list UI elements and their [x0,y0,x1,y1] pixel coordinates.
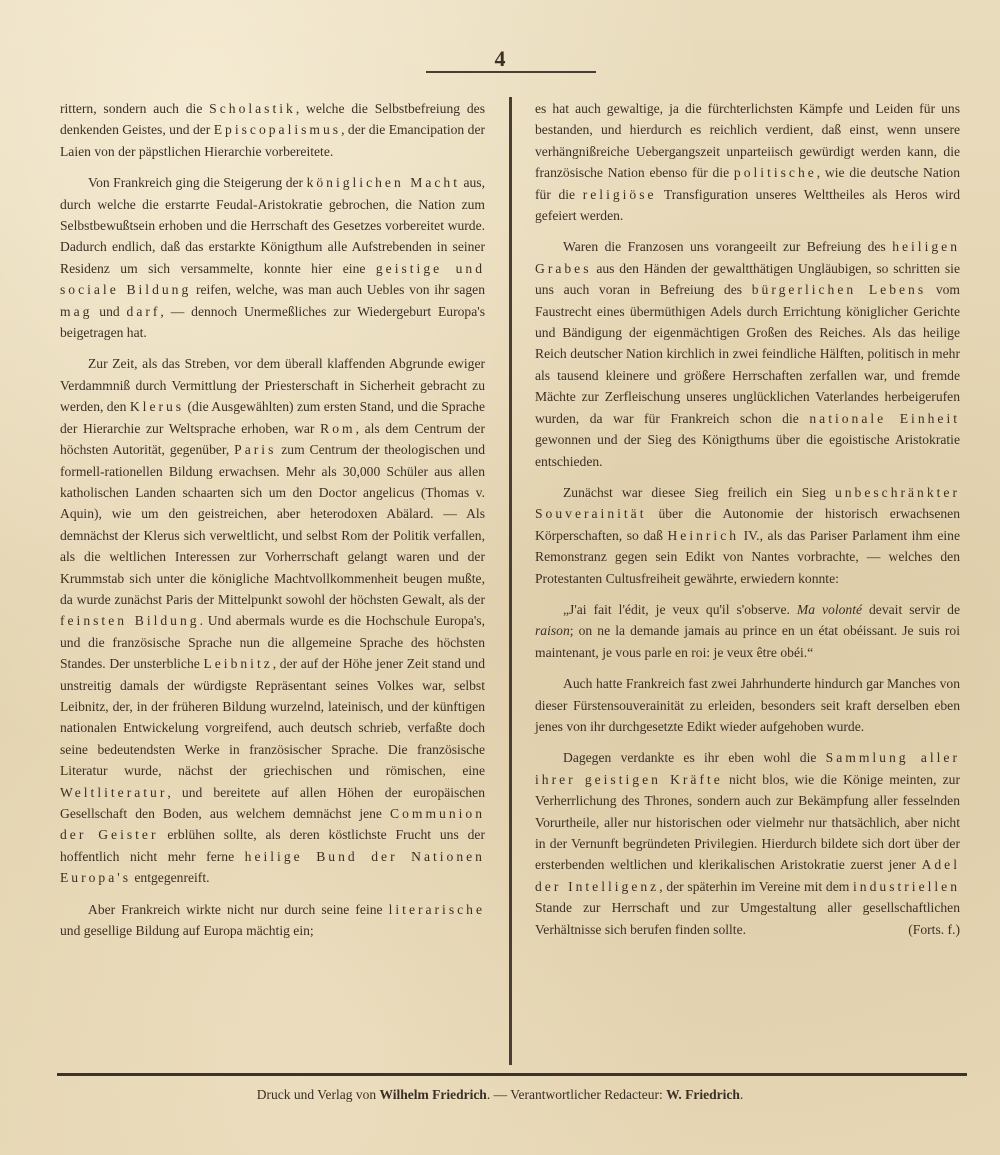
text: gewonnen und der Sieg des Königthums übe… [535,432,960,468]
spaced-emphasis: literarische [389,902,485,917]
continuation-note: (Forts. f.) [880,919,960,940]
publisher-name: Wilhelm Friedrich [379,1087,486,1102]
text: . [740,1087,743,1102]
spaced-emphasis: Rom [320,421,355,436]
left-paragraph-3: Zur Zeit, als das Streben, vor dem übera… [60,353,485,888]
text: entgegenreift. [131,870,210,885]
text: reifen, welche, was man auch Uebles von … [191,282,485,297]
left-paragraph-1: rittern, sondern auch die Scholastik, we… [60,98,485,162]
text: Von Frankreich ging die Steigerung der [88,175,307,190]
right-paragraph-1: es hat auch gewaltige, ja die fürchterli… [535,98,960,226]
spaced-emphasis: Heinrich [667,528,739,543]
spaced-emphasis: Scholastik [209,101,296,116]
text: und [92,304,126,319]
text: vom Faustrecht eines übermüthigen Adels … [535,282,960,425]
right-column: es hat auch gewaltige, ja die fürchterli… [535,98,960,950]
spaced-emphasis: mag [60,304,92,319]
text: devait servir de [862,602,960,617]
text: zum Centrum der theologischen und formel… [60,442,485,607]
text: Dagegen verdankte es ihr eben wohl die [563,750,826,765]
italic-emphasis: raison [535,623,570,638]
french-quote: „J'ai fait l'édit, je veux qu'il s'obser… [535,599,960,663]
page-number: 4 [0,46,1000,72]
italic-emphasis: Ma volonté [797,602,862,617]
right-paragraph-4: Auch hatte Frankreich fast zwei Jahrhund… [535,673,960,737]
spaced-emphasis: Weltliteratur [60,785,167,800]
left-paragraph-2: Von Frankreich ging die Steigerung der k… [60,172,485,343]
spaced-emphasis: Klerus [130,399,184,414]
text: Druck und Verlag von [257,1087,380,1102]
text: Auch hatte Frankreich fast zwei Jahrhund… [535,676,960,734]
right-paragraph-5: Dagegen verdankte es ihr eben wohl die S… [535,747,960,940]
spaced-emphasis: darf [127,304,161,319]
left-column: rittern, sondern auch die Scholastik, we… [60,98,485,951]
text: . — Verantwortlicher Redacteur: [487,1087,666,1102]
header-rule [426,71,596,73]
spaced-emphasis: politische [734,165,817,180]
left-paragraph-4: Aber Frankreich wirkte nicht nur durch s… [60,899,485,942]
spaced-emphasis: nationale Einheit [809,411,960,426]
spaced-emphasis: religiöse [583,187,657,202]
right-paragraph-3: Zunächst war diesee Sieg freilich ein Si… [535,482,960,589]
right-paragraph-2: Waren die Franzosen uns vorangeeilt zur … [535,236,960,471]
text: , der späterhin im Vereine mit dem [659,879,853,894]
footer-rule [57,1073,967,1076]
spaced-emphasis: feinsten Bildung [60,613,200,628]
text: , der auf der Höhe jener Zeit stand und … [60,656,485,778]
text: „J'ai fait l'édit, je veux qu'il s'obser… [563,602,797,617]
spaced-emphasis: industriellen [853,879,960,894]
editor-name: W. Friedrich [666,1087,740,1102]
text: Waren die Franzosen uns vorangeeilt zur … [563,239,892,254]
text: Zunächst war diesee Sieg freilich ein Si… [563,485,835,500]
text: und gesellige Bildung auf Europa mächtig… [60,923,314,938]
spaced-emphasis: Leibnitz [203,656,272,671]
spaced-emphasis: bürgerlichen Lebens [752,282,926,297]
imprint: Druck und Verlag von Wilhelm Friedrich. … [0,1087,1000,1103]
text: ; on ne la demande jamais au prince en u… [535,623,960,659]
spaced-emphasis: Paris [234,442,276,457]
text: Aber Frankreich wirkte nicht nur durch s… [88,902,389,917]
spaced-emphasis: königlichen Macht [307,175,460,190]
text: rittern, sondern auch die [60,101,209,116]
column-divider [509,97,512,1065]
spaced-emphasis: Episcopalismus [214,122,341,137]
